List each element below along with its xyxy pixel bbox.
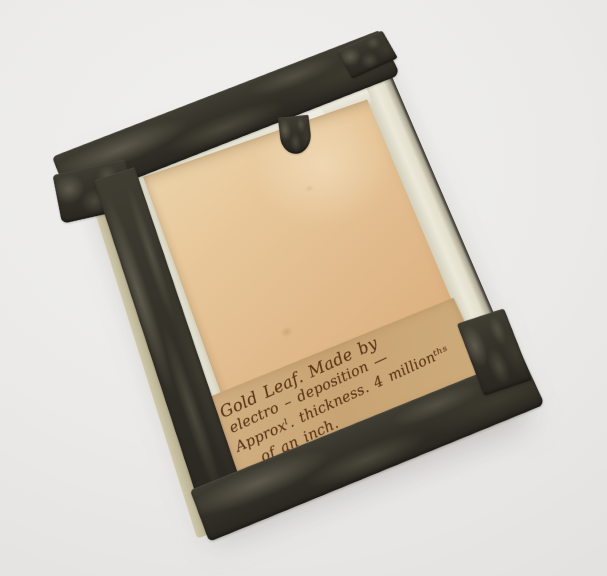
- specimen-slide: Gold Leaf. Made by electro – deposition …: [86, 48, 535, 527]
- photo-canvas: Gold Leaf. Made by electro – deposition …: [0, 0, 607, 576]
